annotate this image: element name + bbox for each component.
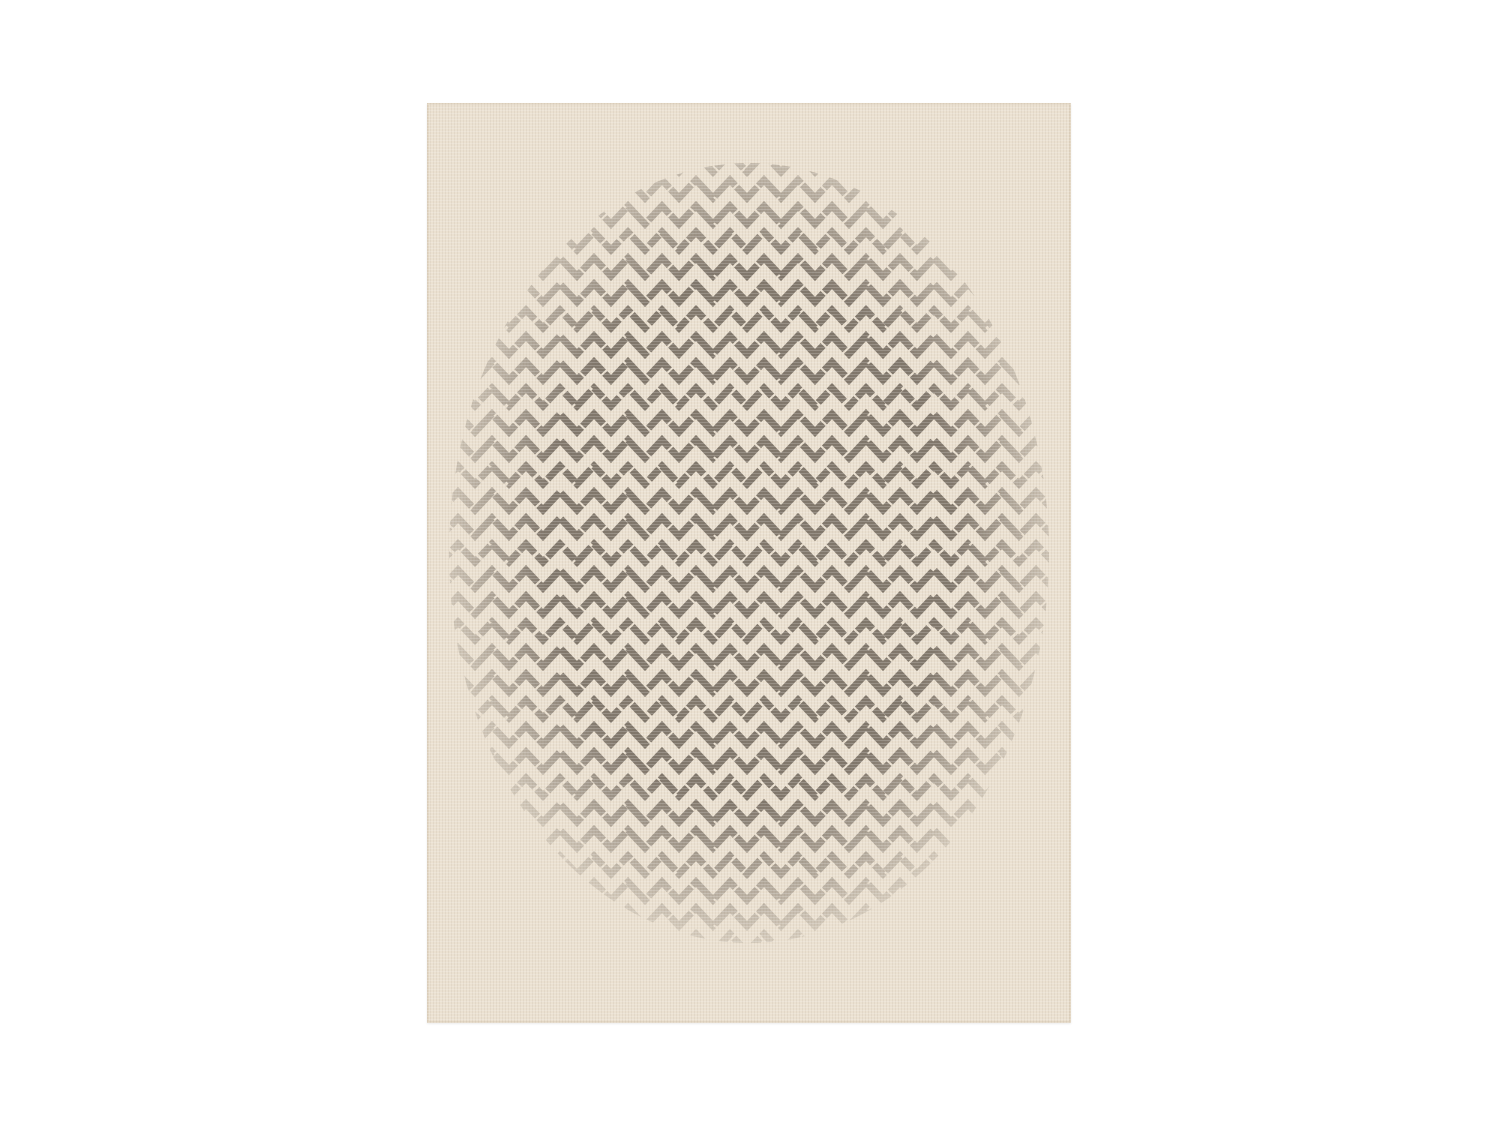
- rug: [427, 103, 1071, 1023]
- chevron-pattern: [427, 103, 1071, 1023]
